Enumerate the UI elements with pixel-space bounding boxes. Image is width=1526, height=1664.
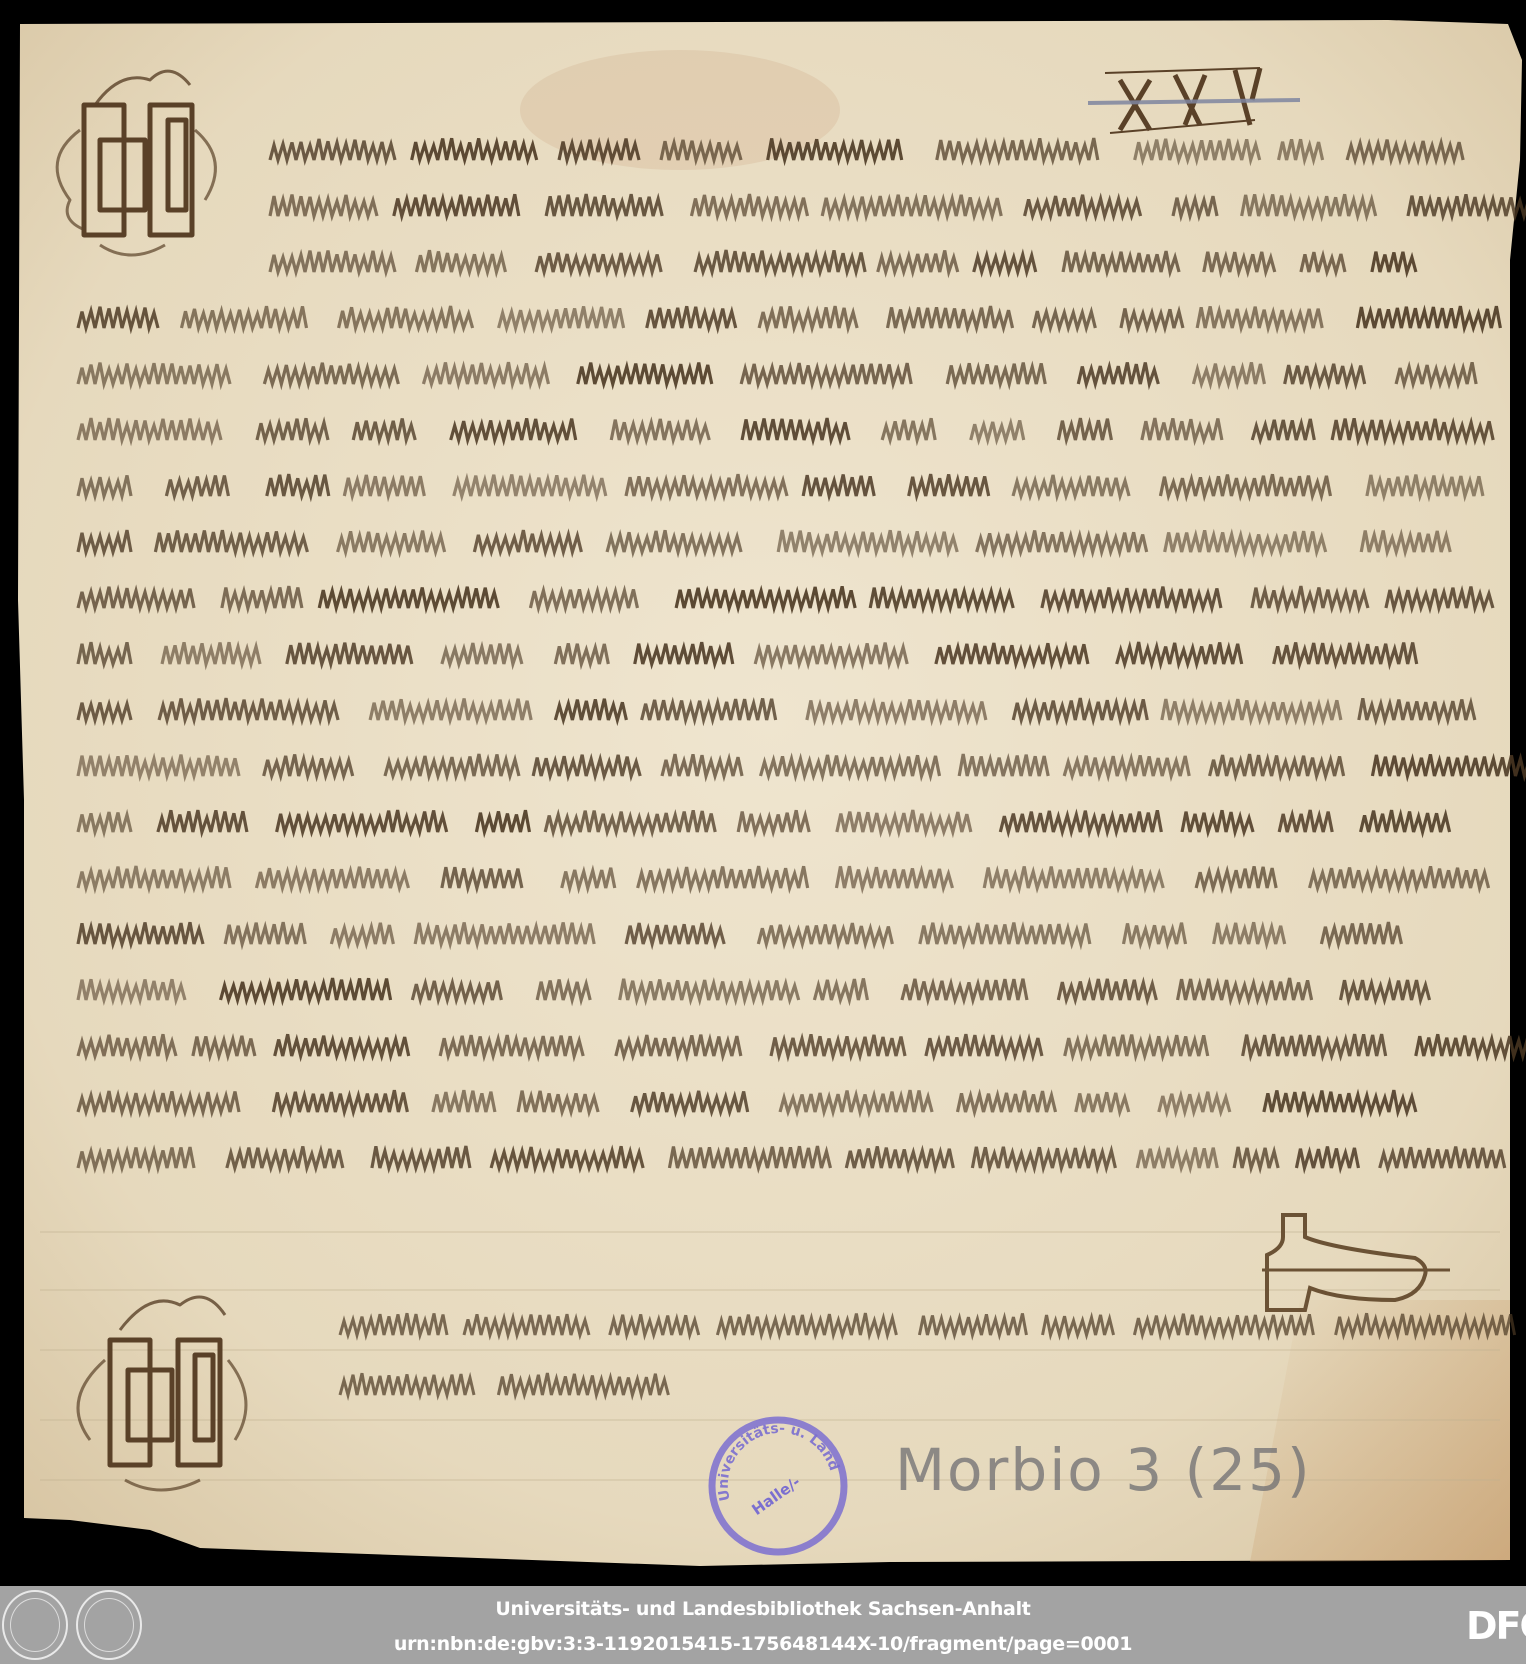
urn-identifier[interactable]: urn:nbn:de:gbv:3:3-1192015415-175648144X… (0, 1633, 1526, 1655)
viewer-footer: Universitäts- und Landesbibliothek Sachs… (0, 1586, 1526, 1664)
pencil-shelfmark: Morbio 3 (25) (895, 1436, 1312, 1504)
institution-name: Universitäts- und Landesbibliothek Sachs… (0, 1598, 1526, 1620)
dfg-logo: DFG (1466, 1606, 1526, 1646)
document-viewer: Universitäts- u. Landesbibliothek Halle/… (0, 0, 1526, 1586)
